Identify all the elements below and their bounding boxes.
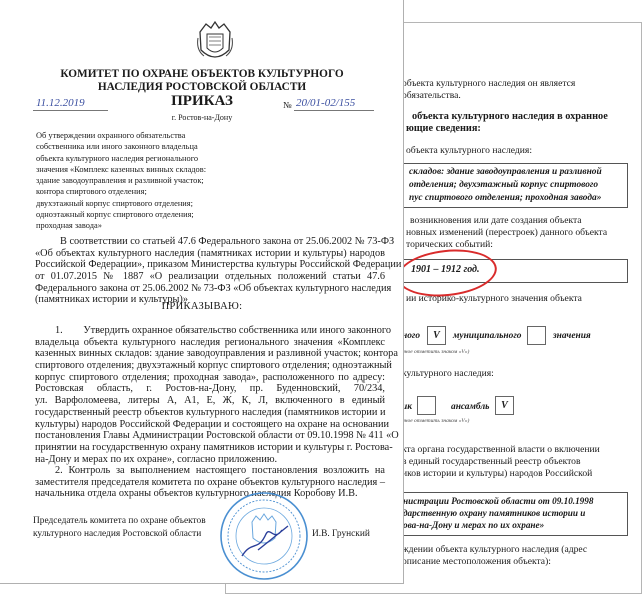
item-1-paragraph: 1. Утвердить охранное обязательство собс… <box>35 325 385 465</box>
checkbox-hint-1: нное отметить знаком «V») <box>402 349 469 355</box>
location-label-line-2: описание местоположения объекта): <box>402 556 551 567</box>
item-1-line: владельца объекта культурного наследия р… <box>35 337 385 349</box>
regional-option-label: ного <box>402 331 420 341</box>
act-label-line-2: в единый государственный реестр объектов <box>402 456 581 467</box>
date-label-line-2: новных изменений (перестроек) данного об… <box>406 227 607 238</box>
item-1-line: спиртового отделения; двухэтажный корпус… <box>35 360 385 372</box>
act-value-line-3: ова-на-Дону и мерах по их охране» <box>403 520 544 530</box>
date-underline <box>33 110 108 111</box>
handwritten-number: 20/01-02/155 <box>296 97 355 109</box>
committee-name-line-1: КОМИТЕТ ПО ОХРАНЕ ОБЪЕКТОВ КУЛЬТУРНОГО <box>0 68 404 81</box>
subject-line: здание заводоуправления и разливной учас… <box>36 175 206 186</box>
subject-line: одноэтажный корпус спиртового отделения; <box>36 209 206 220</box>
item-2-line: 2. Контроль за выполнением настоящего по… <box>35 465 385 477</box>
document-page-1: КОМИТЕТ ПО ОХРАНЕ ОБЪЕКТОВ КУЛЬТУРНОГО Н… <box>0 0 404 584</box>
act-value-box: нистрации Ростовской области от 09.10.19… <box>386 492 628 536</box>
order-subject: Об утверждении охранного обязательства с… <box>36 130 206 232</box>
item-1-line: ул. Варфоломеева, литеры А, А1, Е, Ж, К,… <box>35 395 385 407</box>
subject-line: собственника или иного законного владель… <box>36 141 206 152</box>
item-1-line: на-Дону и мерах по их охране», согласно … <box>35 454 385 466</box>
signer-title-line-2: культурного наследия Ростовской области <box>33 528 206 541</box>
date-value-box: 1901 – 1912 год. <box>386 259 628 283</box>
preamble-paragraph: В соответствии со статьей 47.6 Федеральн… <box>35 236 385 306</box>
act-value-line-1: нистрации Ростовской области от 09.10.19… <box>403 496 593 506</box>
regional-checkbox[interactable]: V <box>427 326 446 345</box>
signer-name: И.В. Грунский <box>312 529 370 539</box>
act-label-line-3: иков истории и культуры) народов Российс… <box>402 468 592 479</box>
ensemble-option-label: ансамбль <box>451 402 489 412</box>
municipal-option-label: муниципального <box>453 331 521 341</box>
object-name-line-3: пус спиртового отделения; проходная заво… <box>409 193 601 203</box>
number-prefix: № <box>283 100 292 110</box>
date-label-line-1: возникновения или дате создания объекта <box>410 215 582 226</box>
significance-suffix: значения <box>553 331 591 341</box>
intro-text-line-2: обязательства. <box>402 90 461 101</box>
subject-line: контора спиртового отделения; <box>36 186 206 197</box>
ensemble-checkbox[interactable]: V <box>495 396 514 415</box>
monument-checkbox[interactable] <box>417 396 436 415</box>
act-value-line-2: дарственную охрану памятников истории и <box>403 508 585 518</box>
item-1-line: корпус спиртового отделения; проходная з… <box>35 372 385 384</box>
type-label: культурного наследия: <box>402 368 494 379</box>
subject-line: двухэтажный корпус спиртового отделения; <box>36 198 206 209</box>
order-word: ПРИКАЗЫВАЮ: <box>0 301 404 312</box>
location-label-line-1: ждении объекта культурного наследия (адр… <box>402 544 587 555</box>
significance-label: ии историко-культурного значения объекта <box>406 293 582 304</box>
subject-line: проходная завода» <box>36 220 206 231</box>
section-heading-line-2: ющие сведения: <box>406 123 481 134</box>
item-1-line: Ростовская область, г. Ростов-на-Дону, п… <box>35 383 385 395</box>
section-heading-line-1: объекта культурного наследия в охранное <box>412 111 608 122</box>
municipal-checkbox[interactable] <box>527 326 546 345</box>
preamble-line: от 01.07.2015 № 1887 «О реализации отдел… <box>35 271 385 283</box>
signer-title: Председатель комитета по охране объектов… <box>33 515 206 541</box>
subject-line: Об утверждении охранного обязательства <box>36 130 206 141</box>
preamble-line: В соответствии со статьей 47.6 Федеральн… <box>35 236 385 248</box>
signer-title-line-1: Председатель комитета по охране объектов <box>33 515 206 528</box>
intro-text-line-1: объекта культурного наследия он является <box>402 78 575 89</box>
item-1-line: культуры) народов Российской Федерации и… <box>35 419 385 431</box>
city-label: г. Ростов-на-Дону <box>0 113 404 122</box>
number-underline <box>294 110 374 111</box>
item-1-line: 1. Утвердить охранное обязательство собс… <box>35 325 385 337</box>
coat-of-arms-icon <box>196 20 234 62</box>
name-label: объекта культурного наследия: <box>406 145 532 156</box>
item-1-line: принятии на государственную охрану памят… <box>35 442 385 454</box>
object-name-line-1: складов: здание заводоуправления и разли… <box>409 167 602 177</box>
checkbox-hint-2: нное отметить знаком «V») <box>402 418 469 424</box>
item-2-line: заместителя председателя комитета по охр… <box>35 477 385 489</box>
item-1-line: государственный реестр объектов культурн… <box>35 407 385 419</box>
item-1-line: постановления Главы Администрации Ростов… <box>35 430 385 442</box>
item-2-paragraph: 2. Контроль за выполнением настоящего по… <box>35 465 385 500</box>
item-1-line: казенных винных складов: здание заводоуп… <box>35 348 385 360</box>
preamble-line: «Об объектах культурного наследия (памят… <box>35 248 385 260</box>
preamble-line: Российской Федерации», приказом Министер… <box>35 259 385 271</box>
item-2-line: начальника отдела охраны объектов культу… <box>35 488 385 500</box>
date-label-line-3: торических событий: <box>406 239 493 250</box>
preamble-line: Федерального закона от 25.06.2002 № 73-Ф… <box>35 283 385 295</box>
object-name-line-2: отделения; двухэтажный корпус спиртового <box>409 180 598 190</box>
subject-line: значения «Комплекс казенных винных склад… <box>36 164 206 175</box>
object-name-box: складов: здание заводоуправления и разли… <box>386 163 628 208</box>
handwritten-date: 11.12.2019 <box>36 97 85 109</box>
subject-line: объекта культурного наследия регионально… <box>36 153 206 164</box>
act-label-line-1: кта органа государственной власти о вклю… <box>402 444 600 455</box>
official-stamp-icon <box>218 490 310 582</box>
